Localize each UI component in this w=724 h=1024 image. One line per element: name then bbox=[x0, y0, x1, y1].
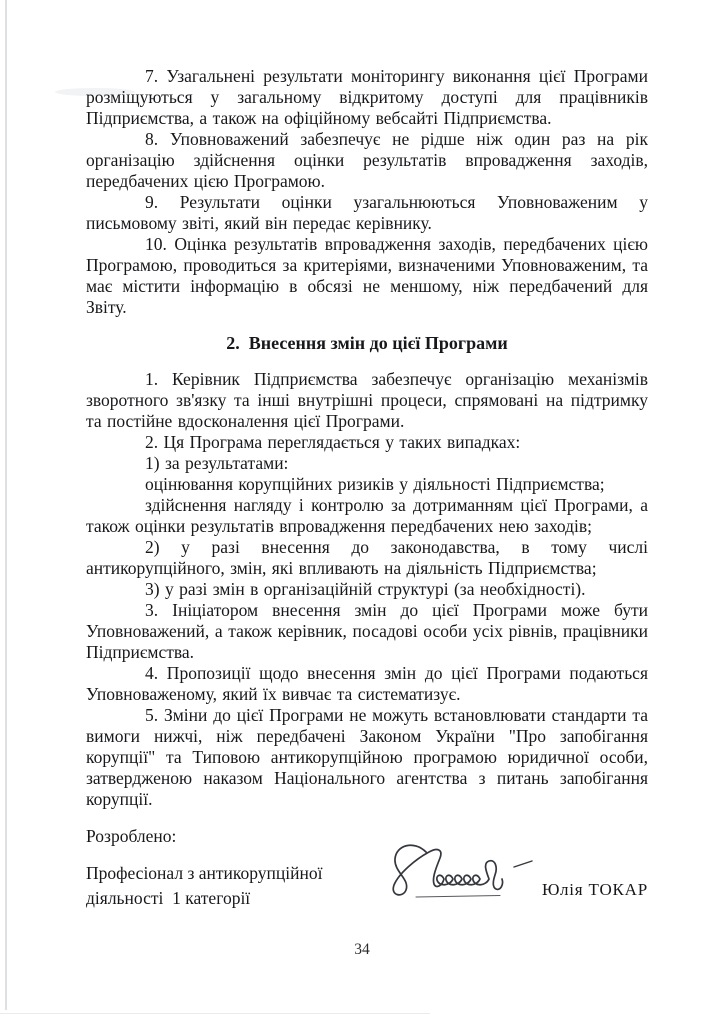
signature-block: Професіонал з антикорупційної діяльності… bbox=[86, 861, 648, 911]
paragraph-7: 7. Узагальнені результати моніторингу ви… bbox=[86, 66, 648, 129]
paragraph-s2-3: 3. Ініціатором внесення змін до цієї Про… bbox=[86, 600, 648, 663]
page-number: 34 bbox=[0, 941, 724, 959]
list-item-2: 2) у разі внесення до законодавства, в т… bbox=[86, 537, 648, 579]
scan-edge-artifact-bottom bbox=[0, 1013, 430, 1014]
signer-role: Професіонал з антикорупційної діяльності… bbox=[86, 861, 374, 911]
section-heading: 2. Внесення змін до цієї Програми bbox=[86, 333, 648, 354]
paragraph-s2-2: 2. Ця Програма переглядається у таких ви… bbox=[86, 432, 648, 453]
list-item-1: 1) за результатами: bbox=[86, 453, 648, 474]
signer-role-line-1: Професіонал з антикорупційної bbox=[86, 861, 374, 886]
scan-edge-artifact-left bbox=[5, 0, 7, 1010]
document-body: 7. Узагальнені результати моніторингу ви… bbox=[86, 66, 648, 911]
paragraph-9: 9. Результати оцінки узагальнюються Упов… bbox=[86, 192, 648, 234]
list-subitem-1: оцінювання корупційних ризиків у діяльно… bbox=[86, 474, 648, 495]
list-item-3: 3) у разі змін в організаційній структур… bbox=[86, 579, 648, 600]
signer-role-line-2: діяльності 1 категорії bbox=[86, 886, 374, 911]
handwritten-signature-icon bbox=[386, 837, 538, 909]
scanned-document-page: { "page": { "number": "34" }, "section1"… bbox=[0, 0, 724, 1024]
paragraph-s2-5: 5. Зміни до цієї Програми не можуть вста… bbox=[86, 705, 648, 810]
paragraph-s2-4: 4. Пропозиції щодо внесення змін до цієї… bbox=[86, 663, 648, 705]
developed-label: Розроблено: bbox=[86, 826, 648, 847]
list-subitem-2: здійснення нагляду і контролю за дотрима… bbox=[86, 495, 648, 537]
paragraph-8: 8. Уповноважений забезпечує не рідше ніж… bbox=[86, 129, 648, 192]
paragraph-10: 10. Оцінка результатів впровадження захо… bbox=[86, 234, 648, 318]
paragraph-s2-1: 1. Керівник Підприємства забезпечує орга… bbox=[86, 369, 648, 432]
signer-name: Юлія ТОКАР bbox=[542, 879, 648, 900]
signature-area: Юлія ТОКАР bbox=[386, 861, 648, 909]
